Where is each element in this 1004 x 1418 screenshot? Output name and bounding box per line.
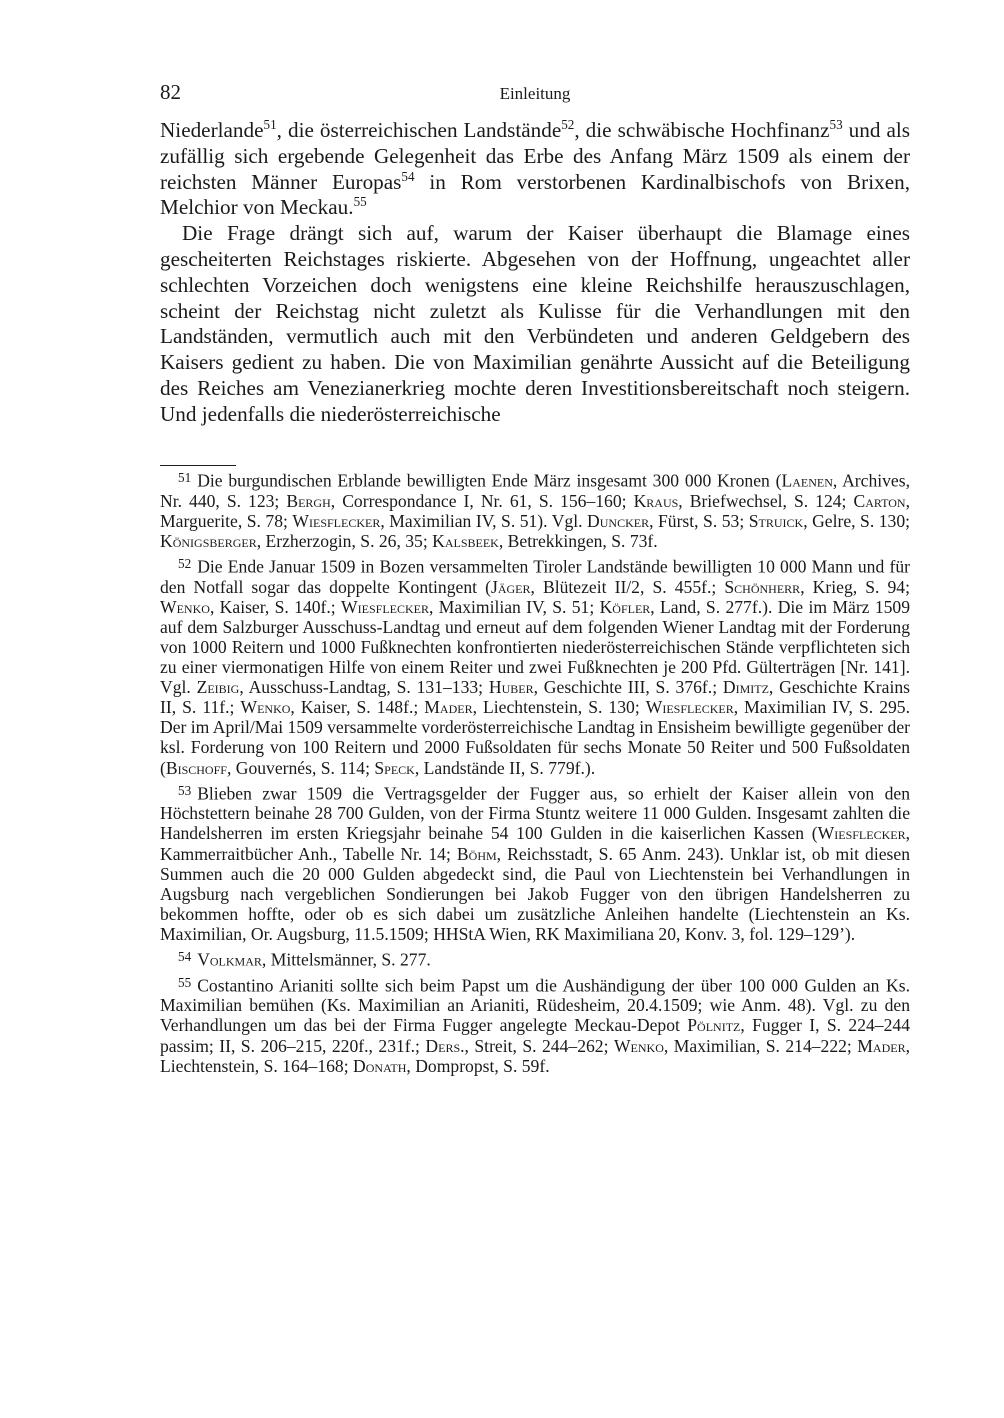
footnote-54: 54Volkmar, Mittelsmänner, S. 277. bbox=[160, 947, 910, 970]
author-name: Wiesflecker bbox=[341, 597, 429, 617]
footnote-text: , Ausschuss-Landtag, S. 131–133; bbox=[239, 677, 489, 697]
author-name: Wenko bbox=[160, 597, 210, 617]
author-name: Dimitz bbox=[723, 677, 769, 697]
footnote-text: , Landstände II, S. 779f.). bbox=[415, 758, 595, 778]
footnote-ref[interactable]: 54 bbox=[401, 169, 414, 184]
author-name: Carton bbox=[853, 491, 905, 511]
footnote-ref[interactable]: 55 bbox=[354, 195, 367, 210]
footnote-text: , Gouvernés, S. 114; bbox=[227, 758, 374, 778]
author-name: Bergh bbox=[286, 491, 330, 511]
author-name: Königsberger bbox=[160, 531, 257, 551]
author-name: Wenko bbox=[240, 697, 290, 717]
author-name: Kraus bbox=[634, 491, 679, 511]
footnote-51: 51Die burgundischen Erblande bewilligten… bbox=[160, 468, 910, 551]
author-name: Wiesflecker bbox=[818, 823, 906, 843]
footnote-separator bbox=[160, 465, 236, 466]
author-name: Laenen bbox=[781, 471, 832, 491]
footnote-text: , Streit, S. 244–262; bbox=[465, 1036, 614, 1056]
footnote-text: , Mittelsmänner, S. 277. bbox=[262, 950, 431, 970]
author-name: Donath bbox=[353, 1056, 406, 1076]
author-name: Pölnitz bbox=[687, 1015, 740, 1035]
author-name: Speck bbox=[374, 758, 414, 778]
author-name: Mader bbox=[424, 697, 472, 717]
footnote-text: , Maximilian, S. 214–222; bbox=[664, 1036, 857, 1056]
footnote-text: , Maximilian IV, S. 51). Vgl. bbox=[380, 511, 587, 531]
author-name: Mader bbox=[857, 1036, 905, 1056]
author-name: Wiesflecker bbox=[646, 697, 734, 717]
footnotes: 51Die burgundischen Erblande bewilligten… bbox=[160, 468, 910, 1079]
footnote-text: , Correspondance I, Nr. 61, S. 156–160; bbox=[331, 491, 634, 511]
author-name: Schönherr bbox=[724, 577, 800, 597]
page-header: 82 Einleitung bbox=[160, 80, 910, 110]
author-name: Ders. bbox=[425, 1036, 464, 1056]
footnote-text: , Gelre, S. 130; bbox=[803, 511, 910, 531]
author-name: Bischoff bbox=[166, 758, 227, 778]
footnote-text: , Briefwechsel, S. 124; bbox=[678, 491, 853, 511]
footnote-52: 52Die Ende Januar 1509 in Bozen versamme… bbox=[160, 554, 910, 778]
footnote-text: , Krieg, S. 94; bbox=[800, 577, 910, 597]
footnote-text: , Blütezeit II/2, S. 455f.; bbox=[530, 577, 724, 597]
footnote-text: Die burgundischen Erblande bewilligten E… bbox=[197, 471, 781, 491]
footnote-text: , Dompropst, S. 59f. bbox=[406, 1056, 549, 1076]
footnote-ref[interactable]: 52 bbox=[561, 117, 574, 132]
footnote-number: 55 bbox=[178, 975, 191, 990]
author-name: Böhm bbox=[457, 844, 497, 864]
main-text: Niederlande51, die österreichischen Land… bbox=[160, 118, 910, 428]
author-name: Struick bbox=[749, 511, 803, 531]
footnote-55: 55Costantino Arianiti sollte sich beim P… bbox=[160, 973, 910, 1076]
author-name: Duncker bbox=[587, 511, 649, 531]
author-name: Zeibig bbox=[197, 677, 240, 697]
footnote-number: 54 bbox=[178, 949, 191, 964]
author-name: Wenko bbox=[614, 1036, 664, 1056]
footnote-text: Blieben zwar 1509 die Vertragsgelder der… bbox=[160, 783, 910, 843]
footnote-text: , Kaiser, S. 148f.; bbox=[290, 697, 424, 717]
footnote-53: 53Blieben zwar 1509 die Vertragsgelder d… bbox=[160, 781, 910, 944]
footnote-text: , Erzherzogin, S. 26, 35; bbox=[257, 531, 432, 551]
author-name: Kalsbeek bbox=[432, 531, 499, 551]
footnote-text: , Liechtenstein, S. 130; bbox=[473, 697, 646, 717]
author-name: Wiesflecker bbox=[292, 511, 380, 531]
footnote-number: 51 bbox=[178, 470, 191, 485]
footnote-text: , Kaiser, S. 140f.; bbox=[210, 597, 341, 617]
footnote-ref[interactable]: 51 bbox=[264, 117, 277, 132]
paragraph: Die Frage drängt sich auf, warum der Kai… bbox=[160, 221, 910, 427]
author-name: Jäger bbox=[491, 577, 531, 597]
footnote-text: , Geschichte III, S. 376f.; bbox=[534, 677, 723, 697]
author-name: Volkmar bbox=[197, 950, 262, 970]
footnote-text: , Fürst, S. 53; bbox=[649, 511, 749, 531]
running-head: Einleitung bbox=[160, 84, 910, 104]
footnote-number: 52 bbox=[178, 556, 191, 571]
footnote-text: , Maximilian IV, S. 51; bbox=[429, 597, 600, 617]
author-name: Huber bbox=[489, 677, 534, 697]
footnote-number: 53 bbox=[178, 783, 191, 798]
paragraph: Niederlande51, die österreichischen Land… bbox=[160, 118, 910, 221]
author-name: Köfler bbox=[600, 597, 651, 617]
footnote-text: , Betrekkingen, S. 73f. bbox=[499, 531, 658, 551]
footnote-ref[interactable]: 53 bbox=[830, 117, 843, 132]
